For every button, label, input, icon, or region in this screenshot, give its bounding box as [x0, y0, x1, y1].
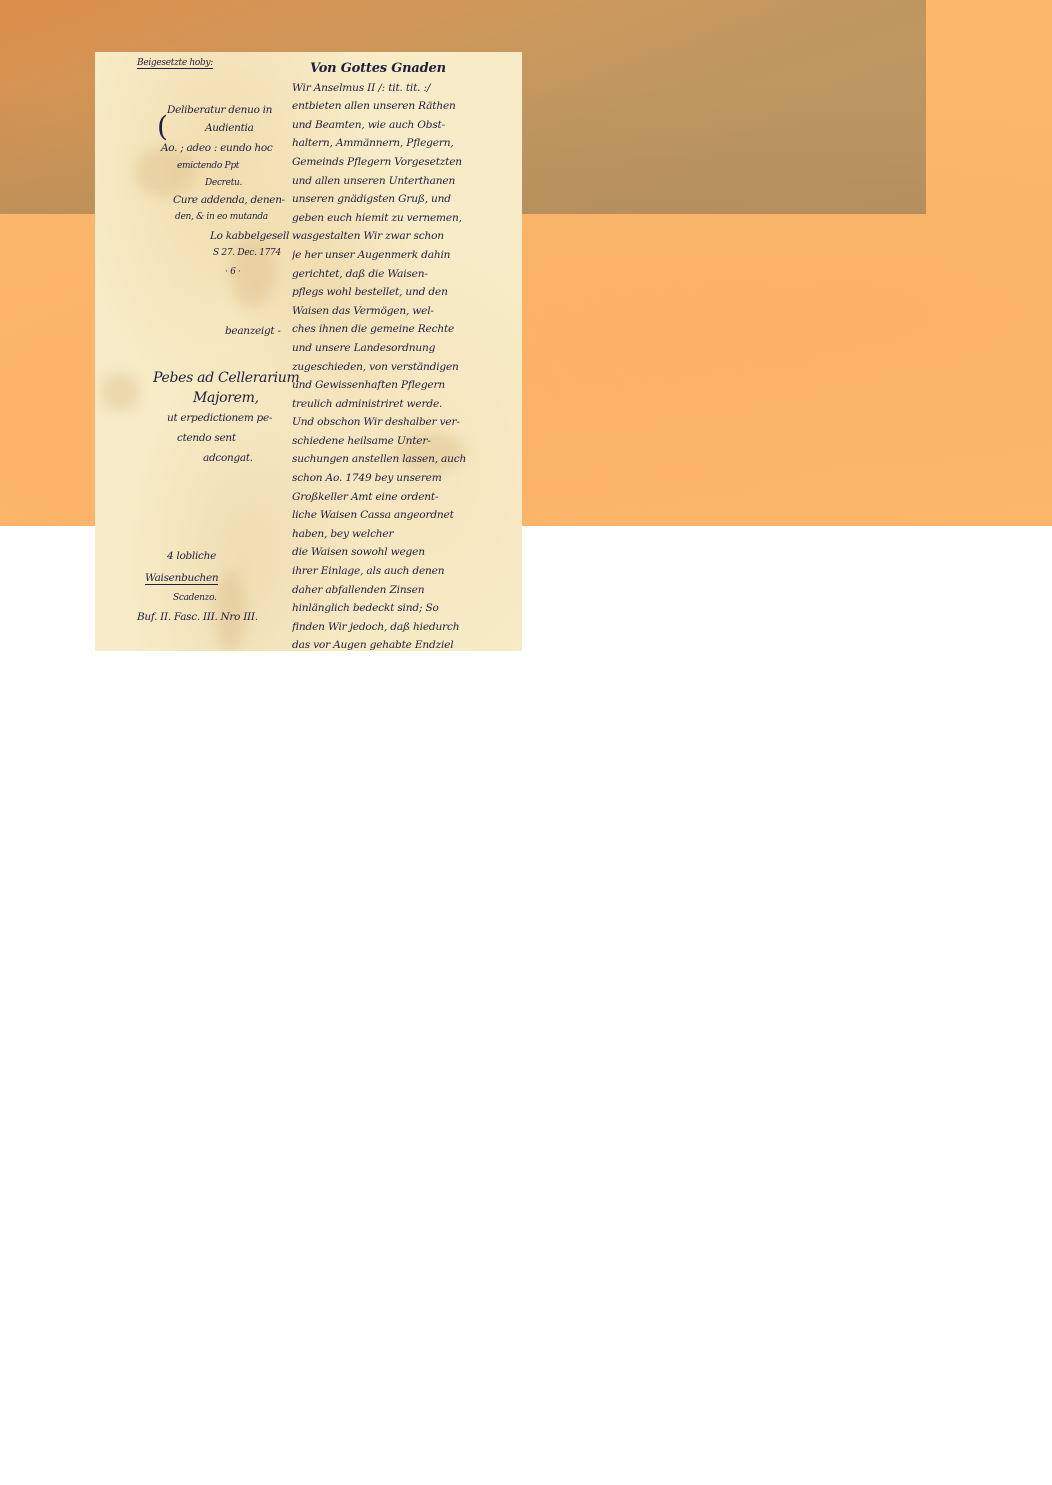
- main-line: schon Ao. 1749 bey unserem: [292, 469, 517, 488]
- main-line: daher abfallenden Zinsen: [292, 581, 517, 600]
- main-line: zugeschieden, von verständigen: [292, 358, 517, 377]
- main-line: Waisen das Vermögen, wel-: [292, 302, 517, 321]
- main-line: und allen unseren Unterthanen: [292, 172, 517, 191]
- main-line: Gemeinds Pflegern Vorgesetzten: [292, 153, 517, 172]
- margin-note-2-line-2: emictendo Ppt: [177, 161, 239, 171]
- margin-header: Beigesetzte hoby:: [137, 58, 213, 69]
- main-line: Großkeller Amt eine ordent-: [292, 488, 517, 507]
- footer-note-line-1: 4 lobliche: [167, 550, 216, 562]
- main-line: und Gewissenhaften Pflegern: [292, 376, 517, 395]
- margin-date: S 27. Dec. 1774: [213, 248, 281, 258]
- main-line: finden Wir jedoch, daß hiedurch: [292, 618, 517, 637]
- main-line: geben euch hiemit zu vernemen,: [292, 209, 517, 228]
- manuscript-page: Beigesetzte hoby: ( Deliberatur denuo in…: [95, 52, 522, 651]
- main-line: gerichtet, daß die Waisen-: [292, 265, 517, 284]
- main-line: haltern, Ammännern, Pflegern,: [292, 134, 517, 153]
- main-line: schiedene heilsame Unter-: [292, 432, 517, 451]
- main-line: hinlänglich bedeckt sind; So: [292, 599, 517, 618]
- main-line: ches ihnen die gemeine Rechte: [292, 320, 517, 339]
- margin-note-2-line-3: Decretu.: [205, 178, 242, 188]
- margin-mark: · 6 ·: [225, 267, 241, 277]
- margin-note-2-line-1: Ao. ; adeo : eundo hoc: [161, 142, 272, 154]
- stain: [135, 147, 195, 197]
- stain: [100, 372, 140, 412]
- main-line: liche Waisen Cassa angeordnet: [292, 506, 517, 525]
- main-line: Und obschon Wir deshalber ver-: [292, 413, 517, 432]
- main-line: je her unser Augenmerk dahin: [292, 246, 517, 265]
- margin-approved: beanzeigt -: [225, 325, 281, 337]
- margin-signature: Lo kabbelgesell: [210, 230, 289, 242]
- margin-note-3-line-2: den, & in eo mutanda: [175, 212, 268, 222]
- margin-note-4-line-2: Majorem,: [193, 390, 259, 406]
- margin-note-4-line-4: ctendo sent: [177, 432, 236, 444]
- main-line: haben, bey welcher: [292, 525, 517, 544]
- footer-note-line-2: Waisenbuchen: [145, 572, 218, 585]
- margin-note-4-line-3: ut erpedictionem pe-: [167, 412, 272, 424]
- main-line: wasgestalten Wir zwar schon: [292, 227, 517, 246]
- main-line: Wir Anselmus II /: tit. tit. :/: [292, 79, 517, 98]
- margin-note-3-line-1: Cure addenda, denen-: [173, 194, 285, 206]
- margin-note-4-line-1: Pebes ad Cellerarium: [153, 370, 299, 386]
- main-line: treulich administriret werde.: [292, 395, 517, 414]
- main-title: Von Gottes Gnaden: [292, 60, 517, 79]
- main-line: suchungen anstellen lassen, auch: [292, 450, 517, 469]
- main-line: und Beamten, wie auch Obst-: [292, 116, 517, 135]
- main-line: pflegs wohl bestellet, und den: [292, 283, 517, 302]
- main-line: das vor Augen gehabte Endziel: [292, 636, 517, 651]
- main-line: unseren gnädigsten Gruß, und: [292, 190, 517, 209]
- footer-note-line-3: Scadenzo.: [173, 593, 217, 603]
- margin-note-1-line-1: Deliberatur denuo in: [167, 104, 272, 116]
- main-text-column: Von Gottes Gnaden Wir Anselmus II /: tit…: [292, 60, 517, 651]
- main-line: entbieten allen unseren Räthen: [292, 97, 517, 116]
- main-line: die Waisen sowohl wegen: [292, 543, 517, 562]
- margin-note-1-line-2: Audientia: [205, 122, 254, 134]
- margin-note-4-line-5: adcongat.: [203, 452, 253, 464]
- main-line: und unsere Landesordnung: [292, 339, 517, 358]
- main-line: ihrer Einlage, als auch denen: [292, 562, 517, 581]
- archive-reference: Buf. II. Fasc. III. Nro III.: [137, 611, 258, 623]
